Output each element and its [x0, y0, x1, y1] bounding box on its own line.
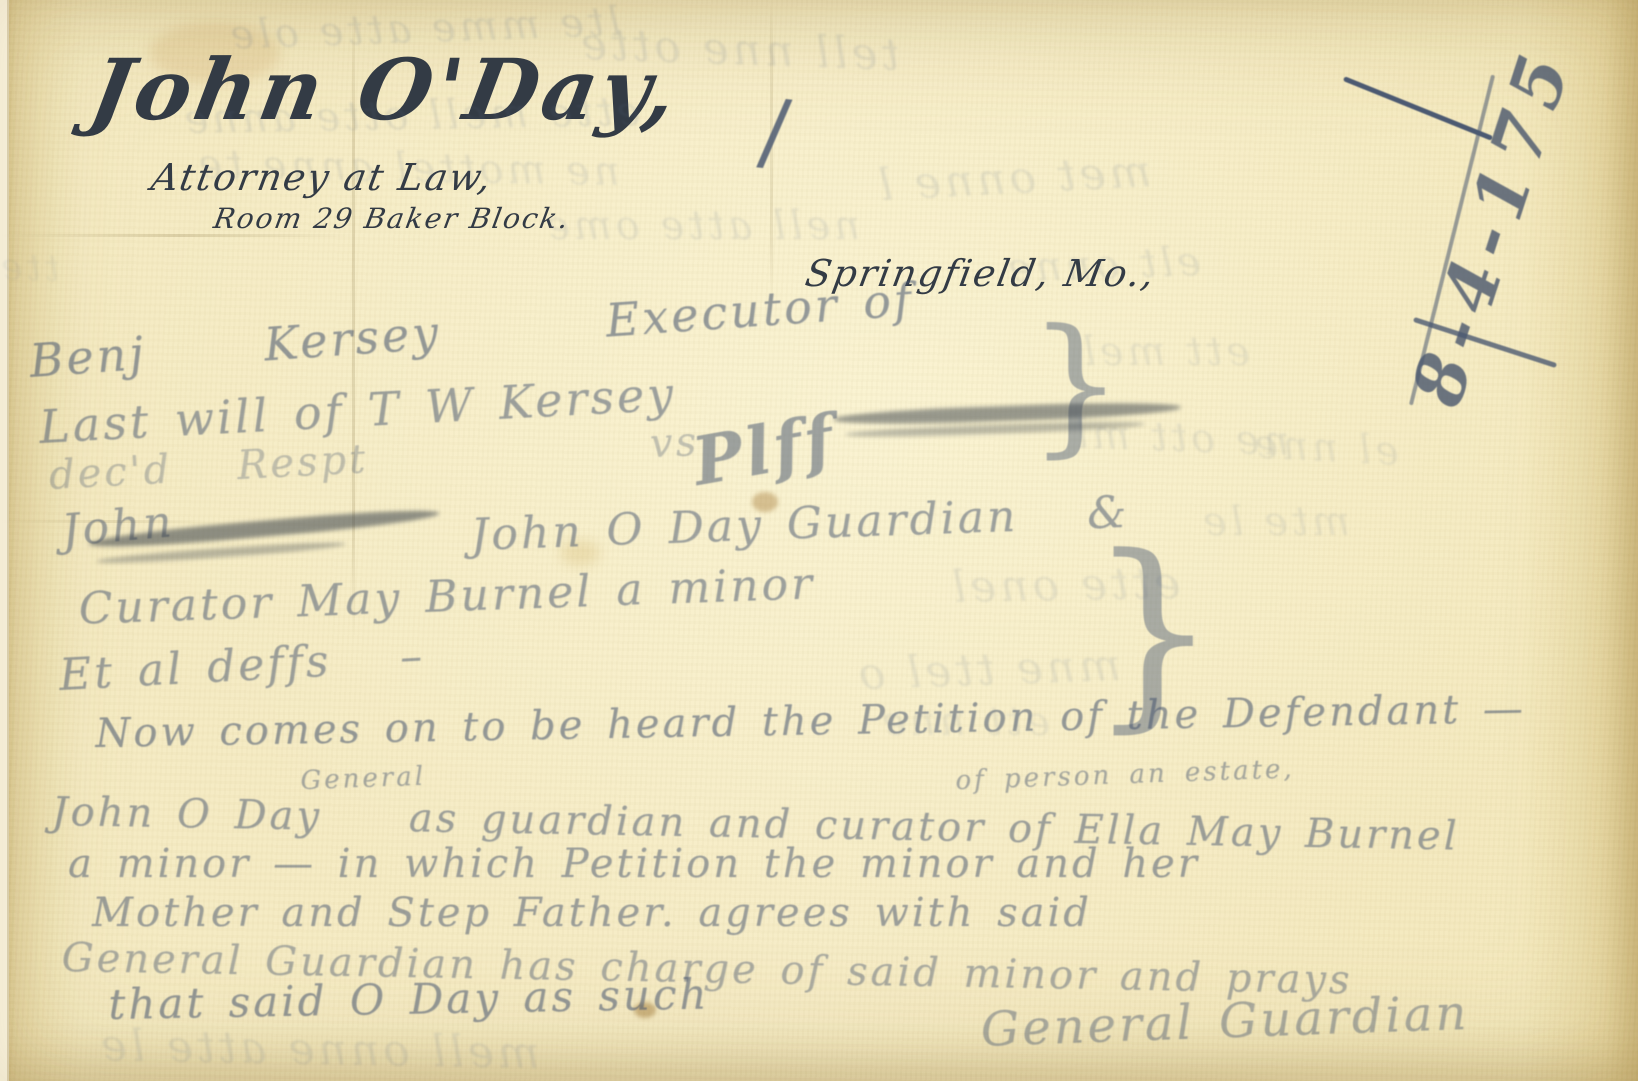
bleedthrough-ghost-line: nell atte ome — [542, 206, 860, 246]
bleedthrough-ghost-line: ne mottel anne te — [194, 145, 620, 192]
handwritten-line: of person an estate, — [955, 756, 1295, 794]
caption-brace: } — [1028, 318, 1123, 453]
handwritten-line: General — [300, 764, 426, 794]
handwritten-line: that said O Day as such — [108, 974, 710, 1026]
handwritten-line: Curator May Burnel a minor — [78, 562, 816, 632]
handwriting-layer: lte mme atte oletell nne otteette mell o… — [0, 0, 1638, 1081]
bleedthrough-ghost-line: mell onne atte le — [96, 1024, 540, 1076]
bleedthrough-ghost-line: el nne — [1250, 424, 1400, 472]
document-page: John O'Day, Attorney at Law, Room 29 Bak… — [0, 0, 1638, 1081]
bleedthrough-ghost-line: lte mme atte ole — [226, 2, 622, 56]
bleedthrough-ghost-line: ette mell otte anne — [180, 92, 640, 140]
handwritten-line: John O Day Guardian & — [470, 491, 1130, 558]
bleedthrough-ghost-line: elt onne — [1004, 242, 1202, 289]
bleedthrough-ghost-line: mne ttel o — [854, 644, 1121, 697]
bleedthrough-ghost-line: met onne l — [874, 150, 1153, 208]
handwritten-line: Now comes on to be heard the Petition of… — [95, 689, 1526, 754]
bleedthrough-ghost-line: tell nne otte — [576, 23, 900, 78]
handwritten-line: Benj Kersey Executor of — [28, 276, 915, 384]
handwritten-line: Et al deffs – — [58, 635, 426, 698]
handwritten-line: a minor — in which Petition the minor an… — [68, 844, 1200, 884]
handwritten-line: General Guardian — [980, 989, 1470, 1054]
handwritten-line: Plff — [688, 405, 841, 495]
bleedthrough-ghost-line: mte le — [1199, 502, 1350, 542]
handwritten-line: Mother and Step Father. agrees with said — [92, 893, 1092, 933]
bleedthrough-ghost-line: tte ne — [0, 247, 60, 288]
